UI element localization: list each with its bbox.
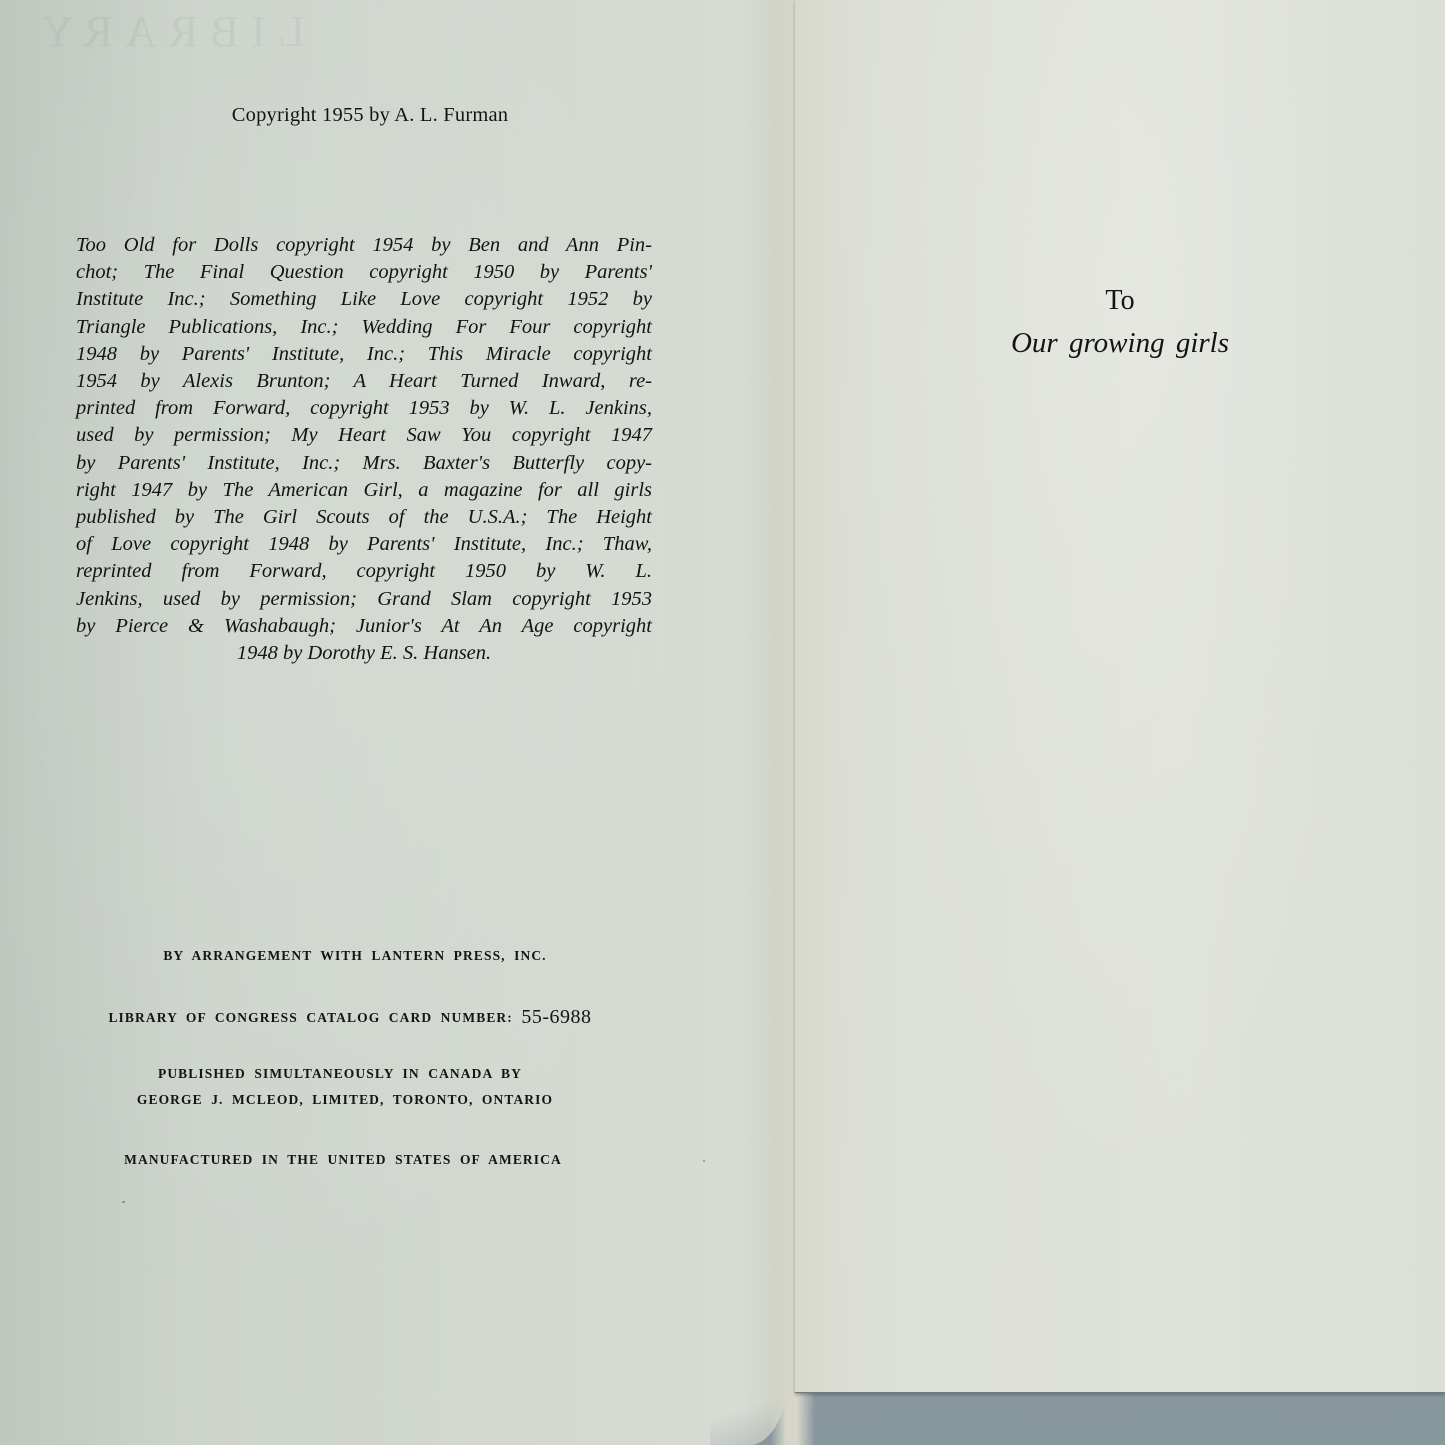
credits-line: reprinted from Forward, copyright 1950 b… [76,558,652,585]
copyright-notice: Copyright 1955 by A. L. Furman [80,104,660,127]
canada-publisher-line-2: George J. McLeod, Limited, Toronto, Onta… [50,1092,640,1108]
credits-line: by Parents' Institute, Inc.; Mrs. Baxter… [76,450,652,477]
credits-line: Triangle Publications, Inc.; Wedding For… [76,314,652,341]
right-page-dedication [795,0,1445,1393]
lccn-label: Library of Congress Catalog Card Number: [108,1010,512,1025]
credits-line: chot; The Final Question copyright 1950 … [76,259,652,286]
manufactured-notice: Manufactured in the United States of Ame… [48,1152,638,1168]
lccn-notice: Library of Congress Catalog Card Number:… [55,1006,645,1029]
credits-line: used by permission; My Heart Saw You cop… [76,422,652,449]
credits-line: Jenkins, used by permission; Grand Slam … [76,586,652,613]
credits-line: by Pierce & Washabaugh; Junior's At An A… [76,613,652,640]
story-credits: Too Old for Dolls copyright 1954 by Ben … [76,232,652,667]
credits-line: 1948 by Dorothy E. S. Hansen. [76,640,652,667]
credits-line: 1954 by Alexis Brunton; A Heart Turned I… [76,368,652,395]
canada-publisher-line-1: Published simultaneously in Canada by [45,1066,635,1082]
credits-line: Institute Inc.; Something Like Love copy… [76,286,652,313]
credits-line: published by The Girl Scouts of the U.S.… [76,504,652,531]
credits-line: 1948 by Parents' Institute, Inc.; This M… [76,341,652,368]
bleed-through-text: LIBRARY [30,6,305,57]
arrangement-notice: By arrangement with Lantern Press, Inc. [60,948,650,964]
credits-line: Too Old for Dolls copyright 1954 by Ben … [76,232,652,259]
dedication-to: To [795,285,1445,317]
credits-line: of Love copyright 1948 by Parents' Insti… [76,531,652,558]
credits-line: printed from Forward, copyright 1953 by … [76,395,652,422]
dedication-recipient: Our growing girls [795,327,1445,360]
paper-speck [703,1160,705,1162]
left-page-copyright: LIBRARY Copyright 1955 by A. L. Furman T… [0,0,790,1445]
paper-speck [122,1201,125,1203]
book-spread: LIBRARY Copyright 1955 by A. L. Furman T… [0,0,1445,1445]
lccn-number: 55-6988 [521,1006,591,1028]
credits-line: right 1947 by The American Girl, a magaz… [76,477,652,504]
